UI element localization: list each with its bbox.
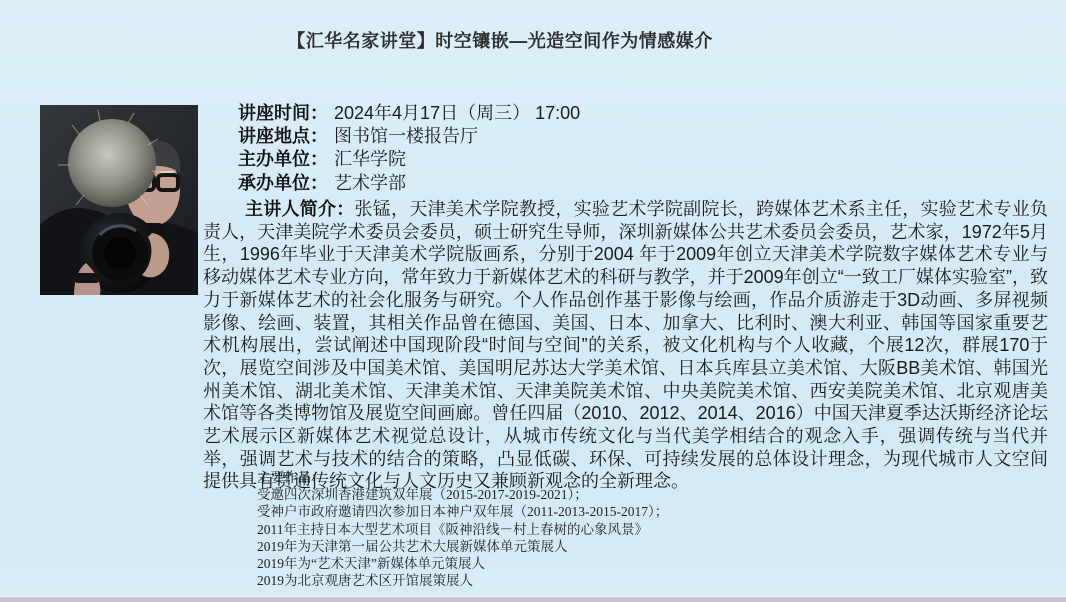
speaker-photo [40, 105, 198, 295]
bottom-edge-strip [0, 597, 1066, 602]
work-item: 2019年为“艺术天津”新媒体单元策展人 [257, 555, 668, 572]
info-value: 图书馆一楼报告厅 [328, 126, 478, 146]
info-value: 2024年4月17日（周三） 17:00 [328, 103, 580, 123]
lecture-info: 讲座时间：2024年4月17日（周三） 17:00 讲座地点：图书馆一楼报告厅 … [238, 102, 580, 195]
work-item: 2019为北京观唐艺术区开馆展策展人 [257, 572, 668, 589]
info-label: 讲座时间： [238, 103, 328, 123]
bio-label: 主讲人简介： [245, 199, 355, 219]
info-row-time: 讲座时间：2024年4月17日（周三） 17:00 [238, 102, 580, 125]
info-row-host: 主办单位：汇华学院 [238, 148, 580, 171]
watch-band [74, 273, 100, 283]
speaker-bio-paragraph: 主讲人简介：张锰，天津美术学院教授，实验艺术学院副院长，跨媒体艺术系主任，实验艺… [203, 198, 1048, 493]
microphone-windscreen [68, 119, 156, 207]
info-value: 汇华学院 [328, 149, 406, 169]
work-item: 2011年主持日本大型艺术项目《阪神沿线－村上春树的心象风景》 [257, 521, 668, 538]
major-works-list: 主要作品： 受邀四次深圳香港建筑双年展（2015-2017-2019-2021）… [257, 469, 668, 589]
works-heading: 主要作品： [257, 469, 668, 486]
info-value: 艺术学部 [328, 173, 406, 193]
page-title: 【汇华名家讲堂】时空镶嵌—光造空间作为情感媒介 [0, 27, 1066, 53]
info-row-organizer: 承办单位：艺术学部 [238, 172, 580, 195]
info-label: 讲座地点： [238, 126, 328, 146]
work-item: 受神户市政府邀请四次参加日本神户双年展（2011-2013-2015-2017）… [257, 503, 668, 520]
info-label: 承办单位： [238, 173, 328, 193]
bio-text: 张锰，天津美术学院教授，实验艺术学院副院长，跨媒体艺术系主任，实验艺术专业负责人… [203, 199, 1048, 491]
info-row-location: 讲座地点：图书馆一楼报告厅 [238, 125, 580, 148]
info-label: 主办单位： [238, 149, 328, 169]
work-item: 2019年为天津第一届公共艺术大展新媒体单元策展人 [257, 538, 668, 555]
work-item: 受邀四次深圳香港建筑双年展（2015-2017-2019-2021）； [257, 486, 668, 503]
